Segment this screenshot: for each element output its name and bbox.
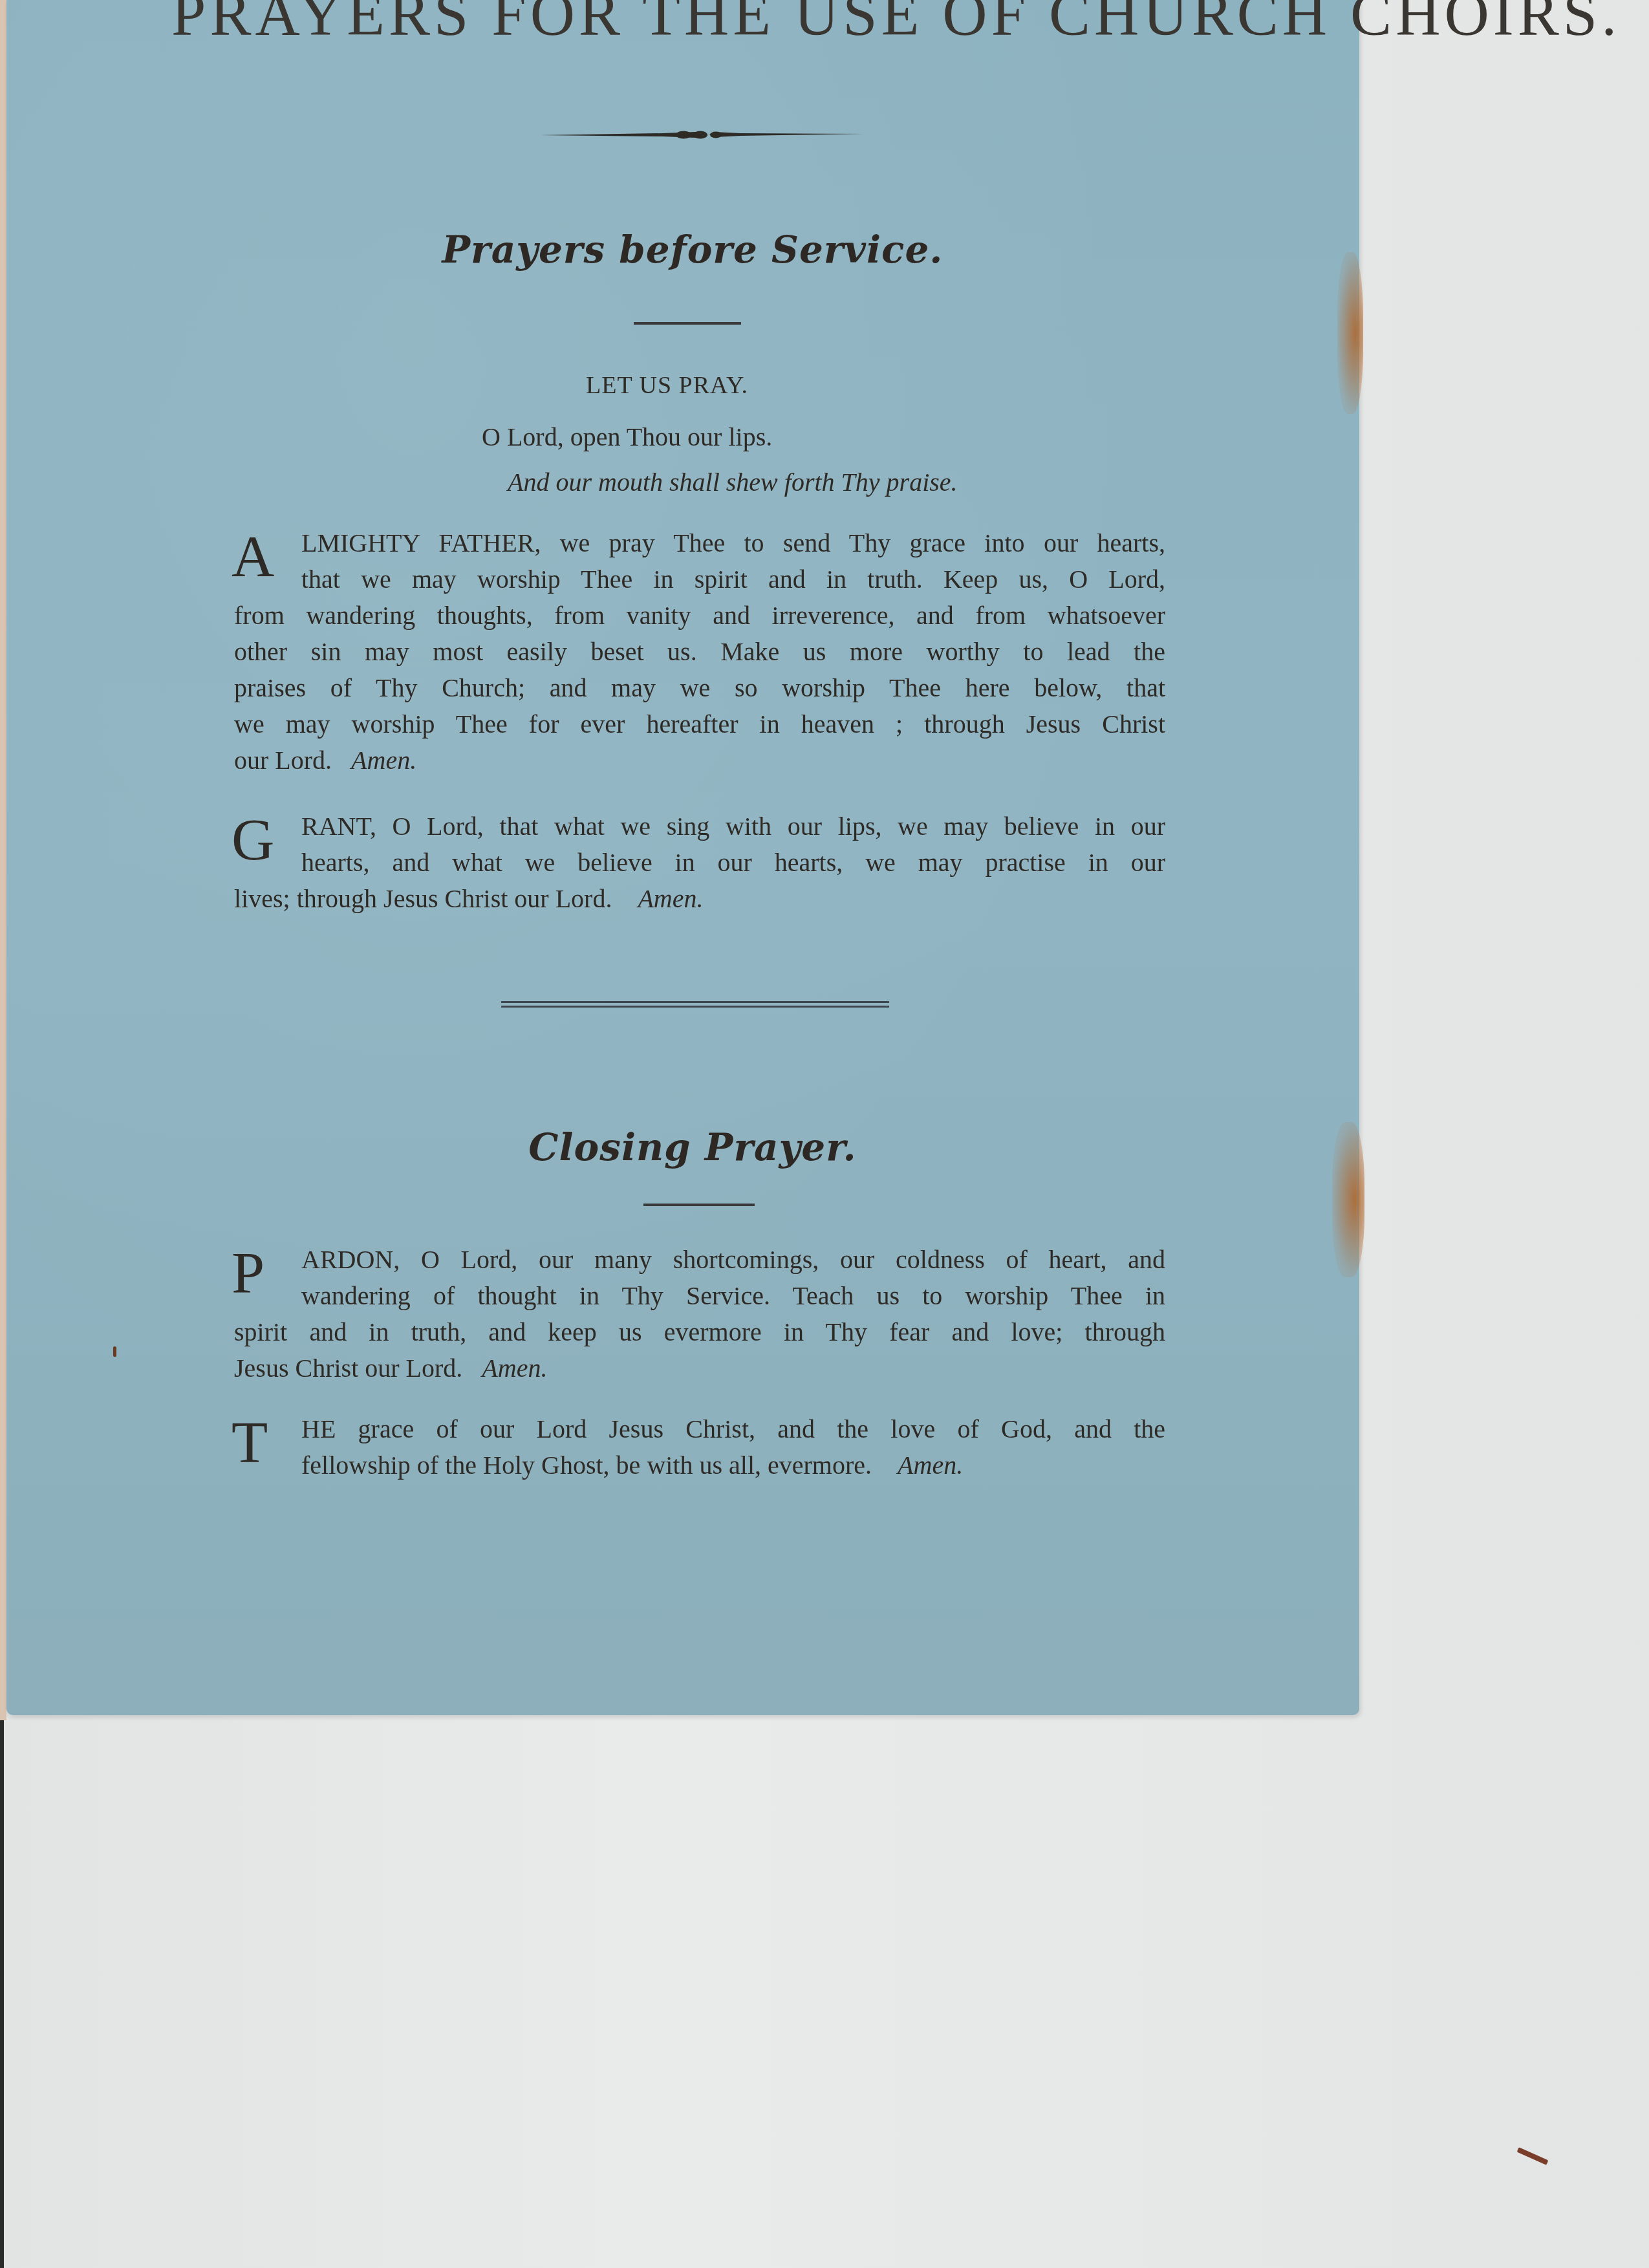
short-rule (643, 1204, 755, 1206)
prayer-line: fellowship of the Holy Ghost, be with us… (301, 1451, 872, 1480)
ornamental-divider-icon (540, 129, 863, 140)
binding-edge (0, 0, 6, 1720)
prayer-line: praises of Thy Church; and may we so wor… (234, 670, 1165, 706)
short-rule (634, 322, 741, 325)
prayer-line: spirit and in truth, and keep us evermor… (234, 1314, 1165, 1350)
prayer-line: we may worship Thee for ever hereafter i… (234, 706, 1165, 742)
prayer-line: Jesus Christ our Lord. (234, 1354, 462, 1383)
prayer-line: LMIGHTY FATHER, we pray Thee to send Thy… (234, 525, 1165, 561)
scanner-edge-shadow (0, 1720, 4, 2268)
prayer-line: from wandering thoughts, from vanity and… (234, 598, 1165, 634)
prayer-line: lives; through Jesus Christ our Lord. (234, 884, 612, 913)
prayer-line: RANT, O Lord, that what we sing with our… (234, 808, 1165, 845)
section-heading-closing-prayer: Closing Prayer. (6, 1125, 1379, 1169)
prayer-line: hearts, and what we believe in our heart… (234, 845, 1165, 881)
prayer-line: our Lord. (234, 746, 332, 775)
prayer-pardon: P ARDON, O Lord, our many shortcomings, … (234, 1242, 1165, 1387)
booklet-page: PRAYERS FOR THE USE OF CHURCH CHOIRS. Pr… (6, 0, 1359, 1715)
prayer-the-grace: T HE grace of our Lord Jesus Christ, and… (234, 1411, 1165, 1484)
amen: Amen. (898, 1451, 963, 1480)
dropcap: G (232, 810, 274, 869)
dropcap: P (232, 1243, 264, 1302)
rust-stain (1337, 252, 1363, 414)
page-title: PRAYERS FOR THE USE OF CHURCH CHOIRS. (171, 0, 1219, 45)
versicle: O Lord, open Thou our lips. (482, 422, 772, 452)
prayer-line: wandering of thought in Thy Service. Tea… (234, 1278, 1165, 1314)
section-heading-before-service: Prayers before Service. (6, 228, 1379, 272)
ink-speck (113, 1346, 116, 1357)
rust-stain (1332, 1122, 1364, 1277)
amen: Amen. (351, 746, 416, 775)
amen: Amen. (482, 1354, 547, 1383)
prayer-line: other sin may most easily beset us. Make… (234, 634, 1165, 670)
prayer-almighty-father: A LMIGHTY FATHER, we pray Thee to send T… (234, 525, 1165, 779)
prayer-line: ARDON, O Lord, our many shortcomings, ou… (234, 1242, 1165, 1278)
dropcap: A (232, 526, 274, 586)
dropcap: T (232, 1412, 268, 1472)
prayer-line: that we may worship Thee in spirit and i… (234, 561, 1165, 598)
prayer-grant-o-lord: G RANT, O Lord, that what we sing with o… (234, 808, 1165, 917)
amen: Amen. (638, 884, 703, 913)
prayer-line: HE grace of our Lord Jesus Christ, and t… (234, 1411, 1165, 1447)
double-rule-divider (501, 1001, 889, 1008)
response: And our mouth shall shew forth Thy prais… (508, 467, 958, 497)
let-us-pray: LET US PRAY. (586, 371, 748, 400)
